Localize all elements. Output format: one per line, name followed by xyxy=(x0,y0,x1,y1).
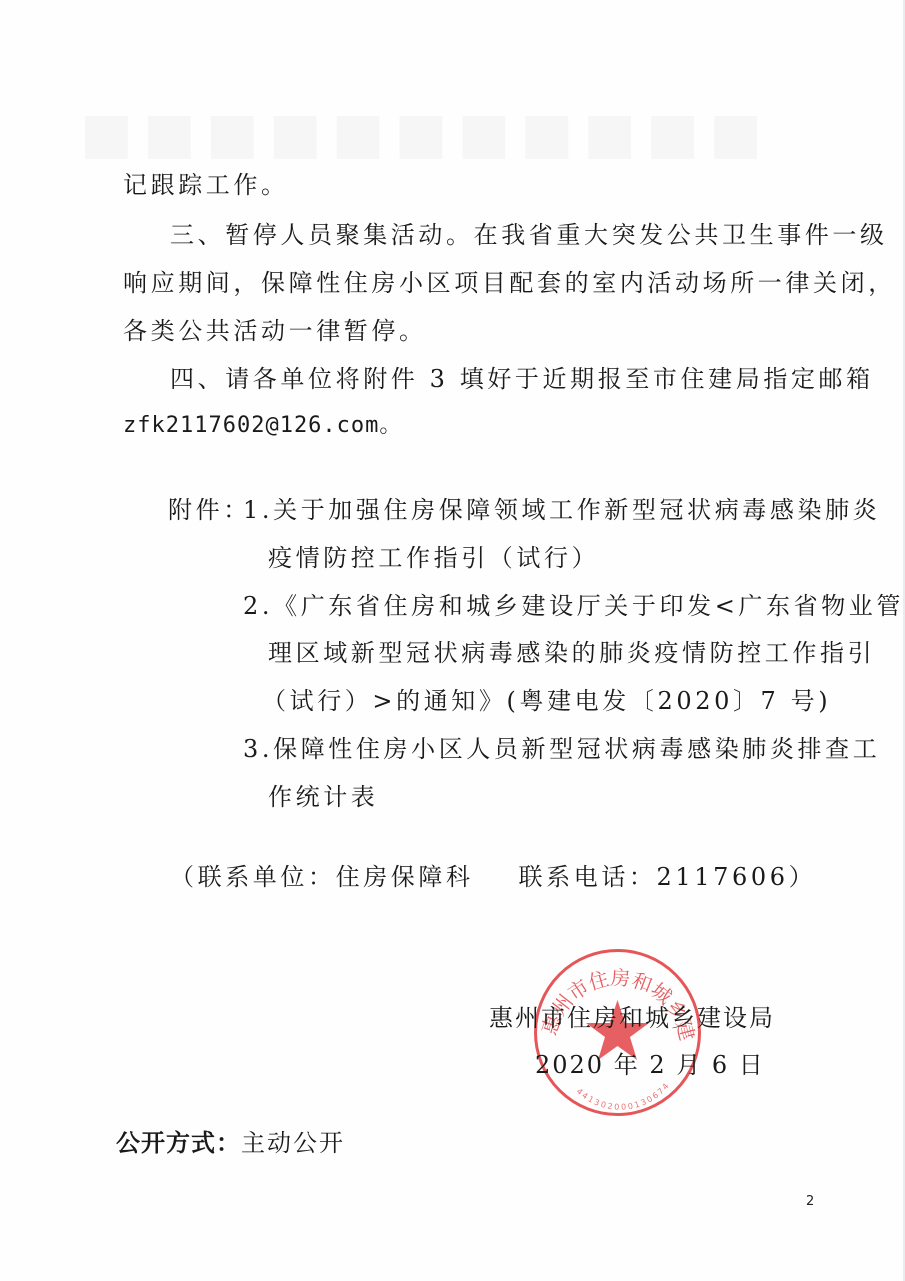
paragraph-4-line-1: 四、请各单位将附件 3 填好于近期报至市住建局指定邮箱 xyxy=(170,364,874,394)
signing-date: 2020 年 2 月 6 日 xyxy=(535,1045,765,1080)
attachments-label: 附件： xyxy=(168,495,251,525)
page-number: 2 xyxy=(806,1194,814,1209)
attachment-1-line-1: 1.关于加强住房保障领域工作新型冠状病毒感染肺炎 xyxy=(243,495,880,525)
attachment-1-line-2: 疫情防控工作指引（试行） xyxy=(268,543,599,573)
attachment-2-line-3: （试行）>的通知》(粤建电发〔2020〕7 号) xyxy=(262,686,831,716)
svg-text:441302000130674: 441302000130674 xyxy=(575,1080,672,1112)
paragraph-3-line-2: 响应期间，保障性住房小区项目配套的室内活动场所一律关闭， xyxy=(123,268,896,298)
disclosure-value: 主动公开 xyxy=(241,1129,345,1157)
paragraph-3-line-3: 各类公共活动一律暂停。 xyxy=(123,316,427,346)
contact-info: （联系单位：住房保障科 联系电话：2117606） xyxy=(170,862,816,892)
email-address: zfk2117602@126.com。 xyxy=(123,411,402,441)
bleed-through-text: ■■■■■■■■■■■ xyxy=(80,100,772,166)
signing-organization: 惠州市住房和城乡建设局 xyxy=(489,998,775,1033)
paragraph-2-tail: 记跟踪工作。 xyxy=(123,170,289,200)
attachment-3-line-2: 作统计表 xyxy=(268,782,378,812)
document-page: ■■■■■■■■■■■ 记跟踪工作。 三、暂停人员聚集活动。在我省重大突发公共卫… xyxy=(0,0,905,1281)
attachment-2-line-2: 理区域新型冠状病毒感染的肺炎疫情防控工作指引 xyxy=(268,638,875,668)
disclosure-label: 公开方式： xyxy=(116,1129,241,1157)
disclosure: 公开方式：主动公开 xyxy=(116,1128,345,1158)
paragraph-3-line-1: 三、暂停人员聚集活动。在我省重大突发公共卫生事件一级 xyxy=(170,220,888,250)
attachment-2-line-1: 2.《广东省住房和城乡建设厅关于印发<广东省物业管 xyxy=(243,591,904,621)
attachment-3-line-1: 3.保障性住房小区人员新型冠状病毒感染肺炎排查工 xyxy=(243,734,880,764)
